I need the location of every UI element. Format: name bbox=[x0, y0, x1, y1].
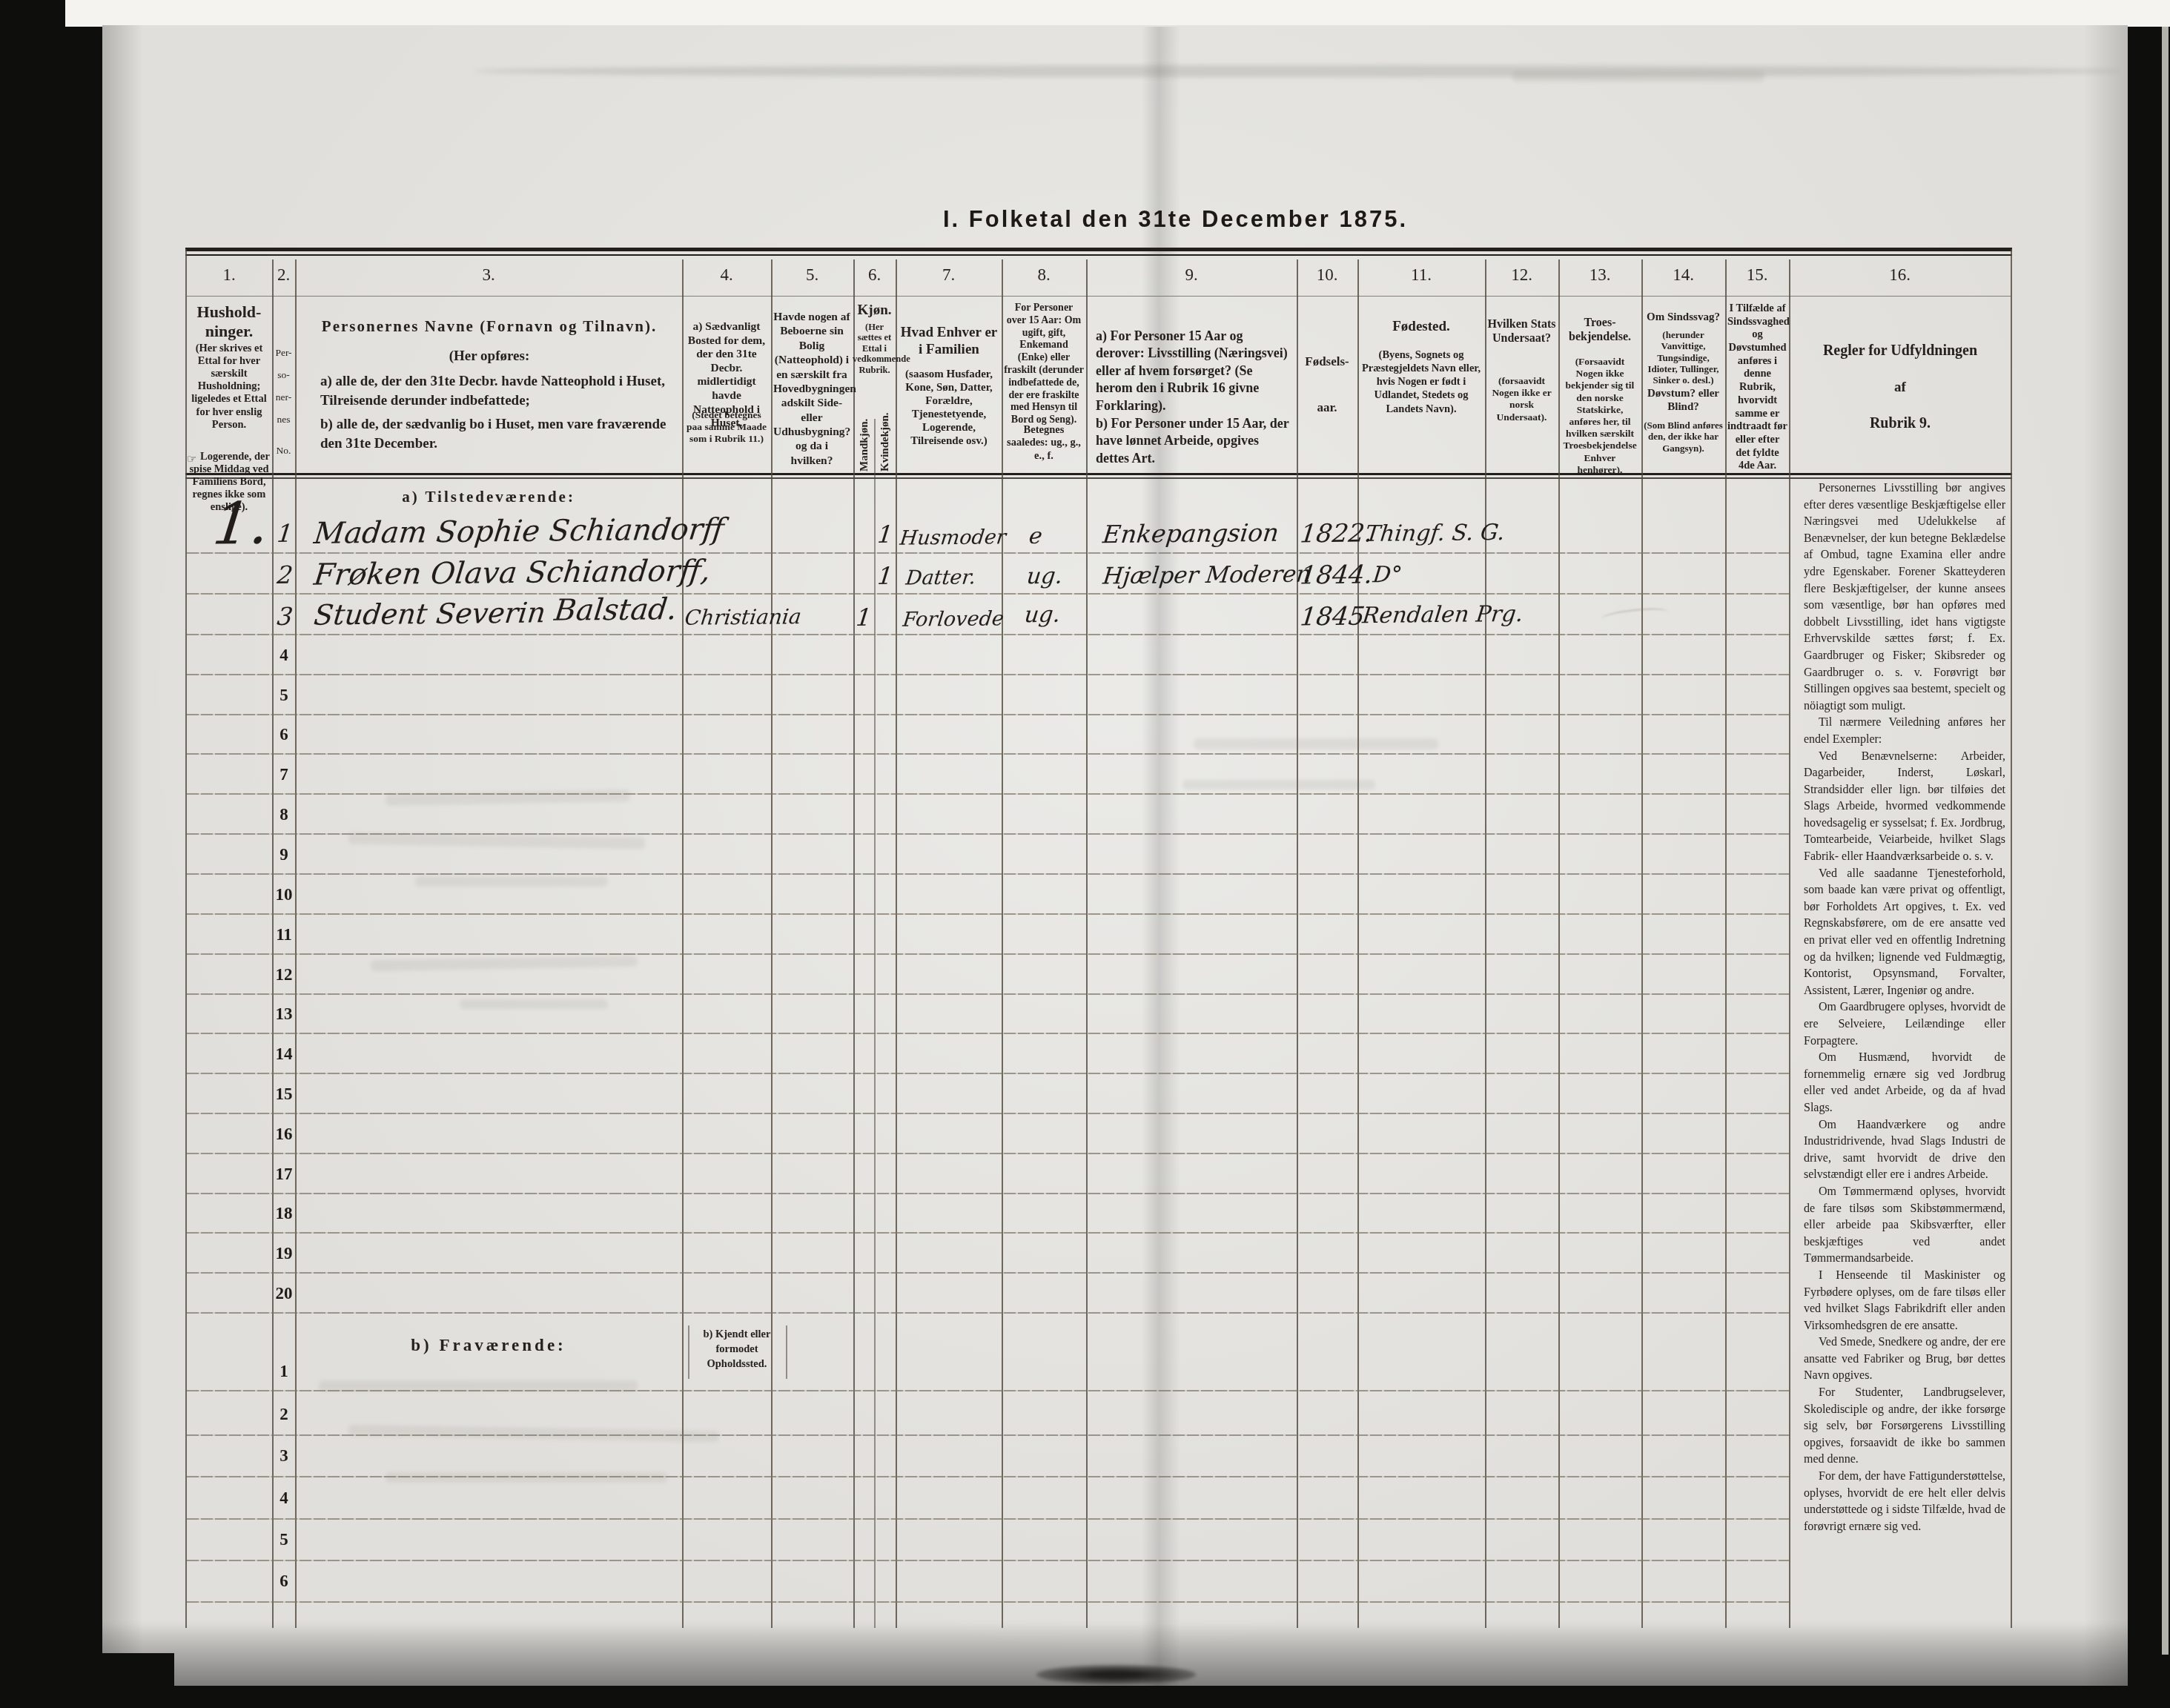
header-male-label: Mandkjøn. bbox=[859, 419, 871, 471]
person-name: Madam Sophie Schiandorff bbox=[312, 512, 726, 551]
header-names-b: b) alle de, der sædvanlig bo i Huset, me… bbox=[320, 415, 669, 453]
header-occupation-a: a) For Personer 15 Aar og derover: Livss… bbox=[1096, 328, 1290, 414]
rules-paragraph: Om Husmænd, hvorvidt de fornemmelig ernæ… bbox=[1804, 1050, 2005, 1116]
header-names-sub: (Her opføres: bbox=[304, 348, 675, 365]
row-number: 7 bbox=[271, 765, 297, 784]
grid-line bbox=[1002, 259, 1003, 1628]
grid-line bbox=[1357, 259, 1359, 1628]
rules-paragraph: Ved Benævnelserne: Arbeider, Dagarbeider… bbox=[1804, 749, 2005, 866]
row-line bbox=[187, 993, 1789, 995]
sex-female-mark: 1 bbox=[876, 520, 895, 549]
rules-paragraph: I Henseende til Maskinister og Fyrbødere… bbox=[1804, 1268, 2005, 1334]
header-birth-year-2: aar. bbox=[1298, 400, 1356, 415]
grid-line bbox=[786, 1325, 787, 1379]
bleedthrough-artifact bbox=[1194, 738, 1438, 749]
grid-line bbox=[1725, 259, 1727, 1628]
column-number-4: 4. bbox=[684, 265, 770, 285]
header-rules-2: af bbox=[1794, 380, 2006, 396]
fold-shadow bbox=[474, 65, 2120, 77]
column-number-1: 1. bbox=[188, 265, 271, 285]
column-number-3: 3. bbox=[297, 265, 681, 285]
person-name-first: Student Severin bbox=[312, 596, 547, 631]
column-number-6: 6. bbox=[853, 265, 896, 285]
header-sex-title: Kjøn. bbox=[853, 302, 896, 319]
absent-note-line2: formodet bbox=[689, 1343, 784, 1356]
header-citizenship-title: Hvilken Stats Undersaat? bbox=[1487, 317, 1556, 345]
column-number-2: 2. bbox=[272, 265, 295, 285]
header-rules-1: Regler for Udfyldningen bbox=[1794, 342, 2006, 360]
header-person-no-4: nes bbox=[272, 414, 295, 426]
row-line bbox=[187, 913, 1789, 915]
header-households-note: (Her skrives et Ettal for hver særskilt … bbox=[187, 342, 271, 431]
family-position-value: Datter. bbox=[904, 566, 977, 590]
row-number: 2 bbox=[271, 1405, 297, 1424]
grid-line bbox=[1086, 259, 1088, 1628]
occupation-value: Enkepangsion bbox=[1102, 518, 1280, 549]
header-birth-year-1: Fødsels- bbox=[1298, 354, 1356, 369]
grid-line bbox=[187, 296, 2011, 297]
scanner-edge bbox=[65, 0, 2170, 27]
header-occupation-b: b) For Personer under 15 Aar, der have l… bbox=[1096, 415, 1290, 467]
header-marital-status-note: Betegnes saaledes: ug., g., e., f. bbox=[1004, 424, 1084, 463]
sex-male-mark: 1 bbox=[855, 603, 873, 632]
row-number: 1 bbox=[271, 1362, 297, 1381]
row-line bbox=[187, 953, 1789, 955]
row-number: 6 bbox=[271, 725, 297, 744]
row-number: 17 bbox=[271, 1165, 297, 1184]
rules-paragraph: Ved alle saadanne Tjenesteforhold, som b… bbox=[1804, 866, 2005, 1000]
marital-status-value: ug. bbox=[1025, 563, 1064, 590]
grid-line bbox=[874, 419, 876, 1628]
grid-line bbox=[185, 477, 2012, 479]
header-religion-note: (Forsaavidt Nogen ikke bekjender sig til… bbox=[1561, 356, 1639, 476]
bleedthrough-artifact bbox=[319, 1380, 638, 1391]
grid-line bbox=[853, 259, 855, 1628]
page-edge-highlight bbox=[2162, 27, 2169, 1655]
row-number: 9 bbox=[271, 845, 297, 864]
header-family-position: Hvad Enhver er i Familien bbox=[899, 325, 999, 359]
row-number: 15 bbox=[271, 1085, 297, 1104]
birthplace-value: Rendalen Prg. bbox=[1361, 601, 1524, 629]
person-number: 2 bbox=[276, 560, 294, 589]
header-female-label: Kvindekjøn. bbox=[879, 412, 892, 471]
header-names-a: a) alle de, der den 31te Decbr. havde Na… bbox=[320, 372, 669, 410]
bleedthrough-artifact bbox=[1512, 71, 1764, 82]
grid-line bbox=[682, 259, 684, 1628]
row-number: 18 bbox=[271, 1204, 297, 1223]
row-line bbox=[187, 593, 1789, 595]
row-number: 8 bbox=[271, 805, 297, 824]
grid-line bbox=[1789, 259, 1790, 1628]
header-disability-t2: Døvstum? eller Blind? bbox=[1644, 387, 1723, 414]
header-names-title: Personernes Navne (Fornavn og Tilnavn). bbox=[304, 317, 675, 336]
rules-paragraph: Personernes Livsstilling bør angives eft… bbox=[1804, 480, 2005, 715]
row-number: 11 bbox=[271, 925, 297, 944]
row-number: 4 bbox=[271, 646, 297, 665]
birth-year-value: 1845 bbox=[1299, 602, 1366, 632]
birth-year-value: 1844. bbox=[1299, 560, 1375, 590]
row-number: 12 bbox=[271, 965, 297, 984]
row-number: 13 bbox=[271, 1004, 297, 1024]
absent-note-line1: b) Kjendt eller bbox=[689, 1328, 784, 1341]
column-number-16: 16. bbox=[1790, 265, 2009, 285]
column-number-15: 15. bbox=[1727, 265, 1787, 285]
header-person-no-1: Per- bbox=[272, 347, 295, 359]
row-line bbox=[187, 674, 1789, 675]
row-number: 5 bbox=[271, 1530, 297, 1549]
row-line bbox=[187, 753, 1789, 755]
header-rules-3: Rubrik 9. bbox=[1794, 415, 2006, 432]
grid-line bbox=[896, 259, 897, 1628]
column-number-11: 11. bbox=[1359, 265, 1483, 285]
occupation-value: Hjælper Moderen bbox=[1102, 561, 1313, 590]
header-birthplace-note: (Byens, Sognets og Præstegjeldets Navn e… bbox=[1361, 348, 1481, 416]
column-number-12: 12. bbox=[1486, 265, 1557, 285]
header-person-no-2: so- bbox=[272, 369, 295, 381]
bleedthrough-artifact bbox=[1182, 780, 1375, 790]
row-number: 5 bbox=[271, 686, 297, 705]
rules-paragraph: For dem, der have Fattigunderstøttelse, … bbox=[1804, 1469, 2005, 1535]
scanned-census-page: I. Folketal den 31te December 1875. 1. 2… bbox=[0, 0, 2170, 1708]
row-number: 20 bbox=[271, 1284, 297, 1303]
grid-line bbox=[185, 248, 2012, 251]
header-outbuilding: Havde nogen af Beboerne sin Bolig (Natte… bbox=[773, 310, 850, 468]
grid-line bbox=[1485, 259, 1486, 1628]
rules-paragraph: Ved Smede, Snedkere og andre, der ere an… bbox=[1804, 1334, 2005, 1385]
row-number: 4 bbox=[271, 1489, 297, 1508]
grid-line bbox=[771, 259, 773, 1628]
grid-line bbox=[1641, 259, 1643, 1628]
row-line bbox=[187, 1193, 1789, 1194]
row-number: 16 bbox=[271, 1125, 297, 1144]
header-onset-age: I Tilfælde af Sindssvaghed og Døvstumhed… bbox=[1727, 302, 1787, 473]
row-number: 6 bbox=[271, 1572, 297, 1591]
corner-shadow bbox=[0, 1653, 174, 1708]
header-usual-residence-note: (Stedet betegnes paa samme Maade som i R… bbox=[685, 409, 768, 446]
grid-line bbox=[2011, 249, 2012, 1628]
column-number-7: 7. bbox=[897, 265, 1000, 285]
row-number: 14 bbox=[271, 1045, 297, 1064]
row-line bbox=[187, 1272, 1789, 1274]
row-line bbox=[187, 1232, 1789, 1234]
row-line bbox=[187, 1601, 1789, 1603]
column-number-8: 8. bbox=[1003, 265, 1085, 285]
column-number-14: 14. bbox=[1643, 265, 1724, 285]
rules-paragraph: For Studenter, Landbrugselever, Skoledis… bbox=[1804, 1385, 2005, 1469]
person-name-last: Balstad. bbox=[552, 592, 678, 628]
row-number: 19 bbox=[271, 1244, 297, 1263]
binding-mark bbox=[1036, 1665, 1196, 1684]
rules-paragraph: Om Tømmermænd oplyses, hvorvidt de fare … bbox=[1804, 1184, 2005, 1268]
header-disability-n2: (Som Blind anføres den, der ikke har Gan… bbox=[1644, 420, 1723, 454]
header-person-no-5: No. bbox=[272, 445, 295, 457]
header-family-position-note: (saasom Husfader, Kone, Søn, Datter, For… bbox=[899, 368, 999, 448]
grid-line bbox=[1558, 259, 1560, 1628]
bleedthrough-artifact bbox=[415, 876, 608, 887]
row-line bbox=[187, 552, 1789, 554]
row-line bbox=[187, 634, 1789, 635]
header-disability-t1: Om Sindssvag? bbox=[1644, 311, 1723, 324]
grid-line bbox=[185, 254, 2012, 256]
row-number: 3 bbox=[271, 1446, 297, 1466]
rules-paragraph: Om Haandværkere og andre Industridrivend… bbox=[1804, 1117, 2005, 1184]
row-line bbox=[187, 1033, 1789, 1034]
page-title: I. Folketal den 31te December 1875. bbox=[943, 206, 1408, 233]
header-households-title: Hushold-ninger. bbox=[188, 302, 270, 342]
person-number: 3 bbox=[276, 602, 294, 631]
row-line bbox=[187, 1312, 1789, 1314]
grid-line bbox=[1297, 259, 1298, 1628]
row-line bbox=[187, 1073, 1789, 1074]
rules-paragraph: Om Gaardbrugere oplyses, hvorvidt de ere… bbox=[1804, 999, 2005, 1050]
grid-line bbox=[185, 473, 2012, 475]
row-number: 10 bbox=[271, 885, 297, 904]
absent-note-line3: Opholdssted. bbox=[689, 1358, 784, 1371]
row-line bbox=[187, 1518, 1789, 1520]
header-person-no-3: ner- bbox=[272, 391, 295, 403]
birth-year-value: 1822. bbox=[1299, 518, 1375, 549]
column-number-13: 13. bbox=[1560, 265, 1640, 285]
header-sex-note: (Her sættes et Ettal i vedkommende Rubri… bbox=[853, 322, 896, 375]
usual-residence-value: Christiania bbox=[684, 604, 803, 630]
row-line bbox=[187, 1560, 1789, 1561]
person-number: 1 bbox=[276, 519, 294, 548]
birthplace-value: Thingf. S. G. bbox=[1364, 520, 1506, 547]
section-present-label: a) Tilstedeværende: bbox=[295, 488, 682, 506]
header-marital-status: For Personer over 15 Aar: Om ugift, gift… bbox=[1004, 302, 1084, 427]
header-religion-title: Troes-bekjendelse. bbox=[1561, 316, 1639, 344]
bleedthrough-artifact bbox=[460, 999, 608, 1009]
column-number-9: 9. bbox=[1088, 265, 1295, 285]
sex-female-mark: 1 bbox=[876, 562, 895, 590]
household-number: 1. bbox=[210, 491, 273, 558]
section-absent-label: b) Fraværende: bbox=[295, 1336, 682, 1355]
header-disability-n1: (herunder Vanvittige, Tungsindige, Idiot… bbox=[1644, 329, 1723, 386]
row-line bbox=[187, 873, 1789, 875]
marital-status-value: ug. bbox=[1023, 602, 1062, 629]
person-name: Frøken Olava Schiandorff, bbox=[312, 554, 712, 592]
row-line bbox=[187, 1153, 1789, 1154]
column-number-10: 10. bbox=[1298, 265, 1356, 285]
header-birthplace-title: Fødested. bbox=[1360, 319, 1482, 335]
rules-paragraph: Til nærmere Veiledning anføres her endel… bbox=[1804, 715, 2005, 748]
row-line bbox=[187, 714, 1789, 715]
family-position-value: Husmoder bbox=[899, 526, 1007, 549]
birthplace-ditto-value: D° bbox=[1372, 562, 1403, 588]
row-line bbox=[187, 1113, 1789, 1114]
header-citizenship-note: (forsaavidt Nogen ikke er norsk Undersaa… bbox=[1487, 375, 1556, 423]
rules-text-column: Personernes Livsstilling bør angives eft… bbox=[1804, 480, 2005, 1585]
column-number-5: 5. bbox=[773, 265, 852, 285]
bleedthrough-artifact bbox=[386, 1472, 667, 1483]
family-position-value: Forlovede bbox=[902, 607, 1005, 631]
